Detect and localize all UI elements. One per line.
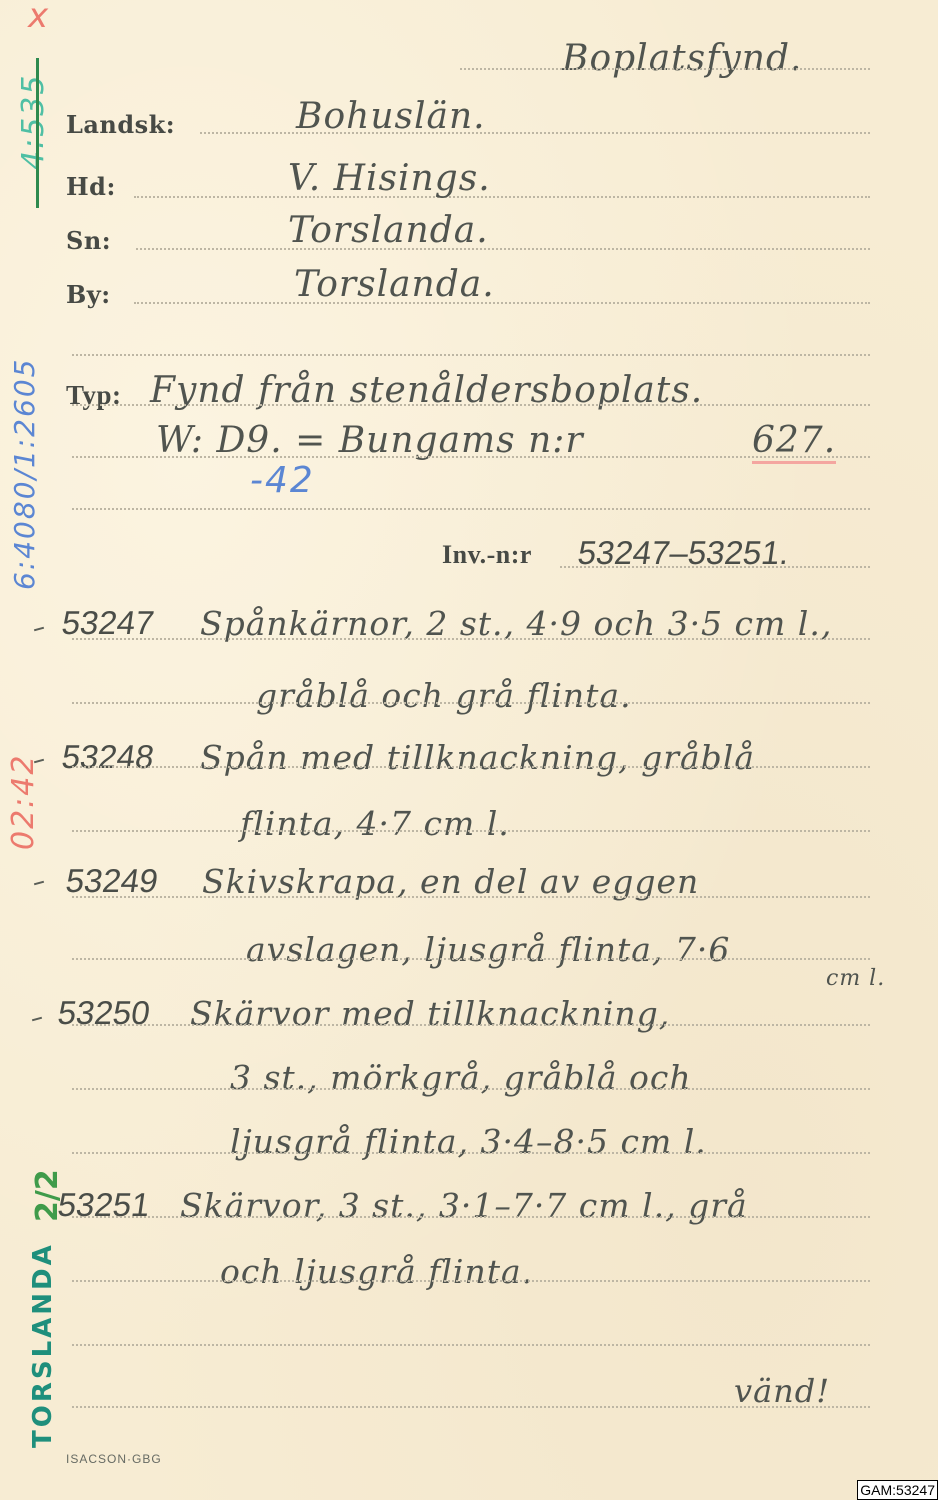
item-line: Skärvor med tillknackning, <box>190 994 670 1033</box>
item-line: flinta, 4·7 cm l. <box>240 804 510 843</box>
field-value-landsk: Bohuslän. <box>296 96 486 137</box>
dotted-line <box>72 702 870 704</box>
dotted-line <box>72 958 870 960</box>
category-title: Boplatsfynd. <box>562 38 802 79</box>
printer-mark: ISACSON·GBG <box>66 1452 162 1466</box>
dotted-line <box>72 354 870 356</box>
inv-label: Inv.-n:r <box>442 540 532 570</box>
field-label-sn: Sn: <box>66 226 111 255</box>
dotted-line <box>72 508 870 510</box>
blue-annotation-text: 6:4080/1:2605 <box>8 358 41 590</box>
place-stamp-text: TORSLANDA <box>28 1242 58 1448</box>
dotted-line <box>134 302 870 304</box>
dotted-line <box>72 404 870 406</box>
dotted-line <box>560 566 870 568</box>
item-line: och ljusgrå flinta. <box>220 1252 533 1291</box>
dotted-line <box>72 830 870 832</box>
green-strike-line <box>36 58 39 208</box>
check-dash <box>34 627 44 632</box>
dotted-line <box>72 896 870 898</box>
item-number: 53247 <box>59 604 156 642</box>
item-line: avslagen, ljusgrå flinta, 7·6 <box>246 930 730 969</box>
field-value-by: Torslanda. <box>294 264 495 305</box>
catalog-card: 4:535 x 6:4080/1:2605 02:42 TORSLANDA 2/… <box>0 0 938 1500</box>
check-dash <box>34 881 44 886</box>
typ-label: Typ: <box>66 380 122 411</box>
item-line: 3 st., mörkgrå, gråblå och <box>230 1058 692 1097</box>
dotted-line <box>72 638 870 640</box>
dotted-line <box>72 1024 870 1026</box>
dotted-line <box>72 456 870 458</box>
dotted-line <box>72 766 870 768</box>
field-label-landsk: Landsk: <box>66 110 175 139</box>
dotted-line <box>72 1088 870 1090</box>
check-dash <box>32 1017 42 1022</box>
red-annotation-text: 02:42 <box>6 754 41 850</box>
item-number: 53250 <box>55 994 152 1032</box>
dotted-line <box>72 1152 870 1154</box>
footer-note: vänd! <box>734 1372 830 1410</box>
dotted-line <box>460 68 870 70</box>
item-line: Skärvor, 3 st., 3·1–7·7 cm l., grå <box>180 1186 748 1225</box>
dotted-line <box>72 1280 870 1282</box>
item-number: 53249 <box>63 862 160 900</box>
field-label-by: By: <box>66 280 111 309</box>
item-line: gråblå och grå flinta. <box>256 676 632 715</box>
green-annotation-text: 4:535 <box>16 74 51 170</box>
dotted-line <box>136 248 870 250</box>
field-value-sn: Torslanda. <box>288 210 489 251</box>
dotted-line <box>134 196 870 198</box>
item-line: Spån med tillknackning, gråblå <box>200 738 755 777</box>
blue-note: -42 <box>250 460 315 501</box>
item-number: 53251 <box>55 1186 152 1224</box>
archive-id-stamp: GAM:53247 <box>857 1480 938 1500</box>
typ-line-2: W: D9. = Bungams n:r <box>156 420 584 461</box>
red-x-mark: x <box>28 0 50 36</box>
field-value-hd: V. Hisings. <box>288 158 491 199</box>
field-label-hd: Hd: <box>66 172 116 201</box>
item-line: ljusgrå flinta, 3·4–8·5 cm l. <box>230 1122 707 1161</box>
dotted-line <box>72 1216 870 1218</box>
item-number: 53248 <box>59 738 156 776</box>
item-suffix: cm l. <box>826 966 885 991</box>
dotted-line <box>72 1406 870 1408</box>
dotted-line <box>72 1344 870 1346</box>
